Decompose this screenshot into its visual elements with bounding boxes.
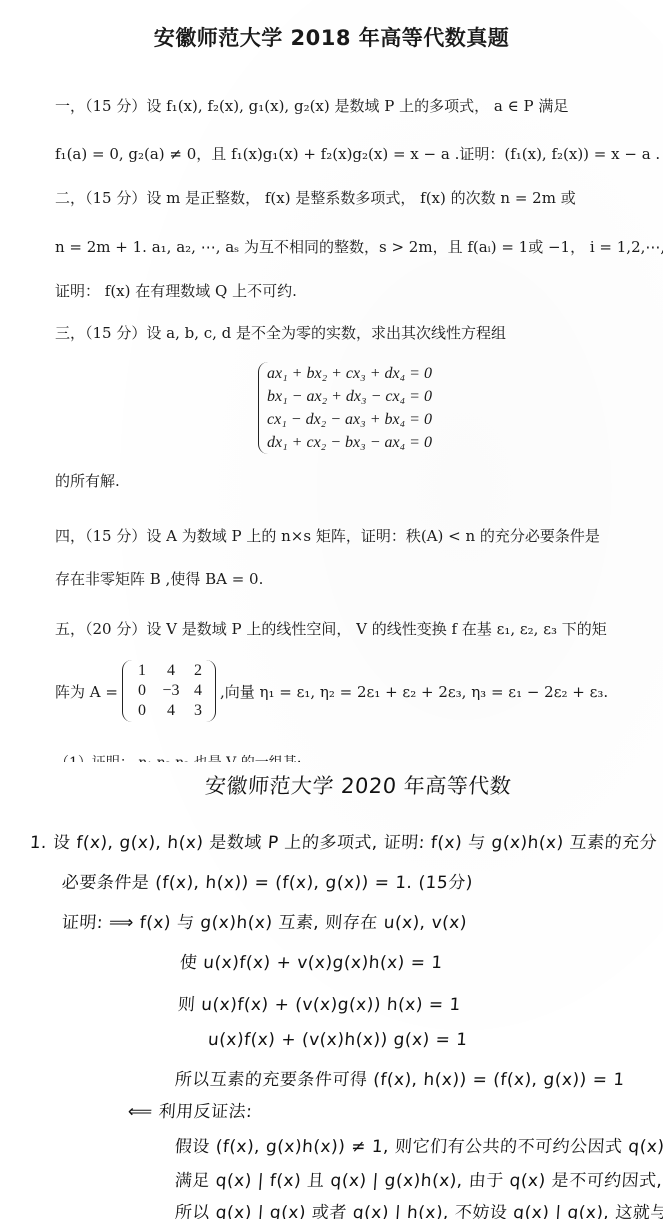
hw-line: ⟸ 利用反证法: bbox=[127, 1097, 253, 1122]
equation-row: cx₁ − dx₂ − ax₃ + bx₄ = 0 bbox=[267, 408, 432, 431]
q2-line2: n = 2m + 1. a₁, a₂, ⋯, aₛ 为互不相同的整数，s > 2… bbox=[55, 236, 623, 258]
handwritten-title: 安徽师范大学 2020 年高等代数 bbox=[204, 770, 512, 800]
hw-line: 必要条件是 (f(x), h(x)) = (f(x), g(x)) = 1. (… bbox=[61, 868, 474, 893]
equation-row: bx₁ − ax₂ + dx₃ − cx₄ = 0 bbox=[267, 385, 432, 408]
matrix-cell: 0 bbox=[129, 682, 155, 700]
matrix-cell: 2 bbox=[187, 662, 209, 680]
matrix-cell: 4 bbox=[187, 682, 209, 700]
q1-line1: 一，（15 分）设 f₁(x), f₂(x), g₁(x), g₂(x) 是数域… bbox=[55, 95, 623, 117]
hw-line: 证明: ⟹ f(x) 与 g(x)h(x) 互素, 则存在 u(x), v(x) bbox=[61, 908, 468, 933]
q2-line1: 二，（15 分）设 m 是正整数， f(x) 是整系数多项式， f(x) 的次数… bbox=[55, 187, 623, 209]
q3-line1: 三，（15 分）设 a, b, c, d 是不全为零的实数，求出其次线性方程组 bbox=[55, 322, 623, 344]
q4-line1: 四，（15 分）设 A 为数域 P 上的 n×s 矩阵，证明：秩(A) < n … bbox=[55, 525, 623, 547]
q1-line2: f₁(a) = 0, g₂(a) ≠ 0，且 f₁(x)g₁(x) + f₂(x… bbox=[55, 143, 623, 165]
printed-title: 安徽师范大学 2018 年高等代数真题 bbox=[0, 22, 663, 52]
hw-line: 所以 q(x) | g(x) 或者 q(x) | h(x), 不妨设 q(x) … bbox=[174, 1198, 663, 1219]
q5-line1: 五，（20 分）设 V 是数域 P 上的线性空间， V 的线性变换 f 在基 ε… bbox=[55, 618, 623, 640]
hw-line: 所以互素的充要条件可得 (f(x), h(x)) = (f(x), g(x)) … bbox=[174, 1065, 626, 1090]
q5-sub1-cut: （1）证明： η₁ η₂ η₃ 也是 V 的一组基; bbox=[55, 752, 301, 762]
hw-line: 满足 q(x) | f(x) 且 q(x) | g(x)h(x), 由于 q(x… bbox=[174, 1166, 663, 1191]
equation-row: ax₁ + bx₂ + cx₃ + dx₄ = 0 bbox=[267, 362, 432, 385]
matrix-cell: 4 bbox=[155, 662, 187, 680]
matrix-cell: 4 bbox=[155, 702, 187, 720]
q5-matrix-line: 阵为 A = 1 4 2 0 −3 4 0 4 3 ,向量 η₁ = ε₁, η… bbox=[55, 660, 608, 722]
matrix-suffix: ,向量 η₁ = ε₁, η₂ = 2ε₁ + ε₂ + 2ε₃, η₃ = ε… bbox=[220, 681, 608, 702]
matrix-cell: 1 bbox=[129, 662, 155, 680]
matrix-cell: 3 bbox=[187, 702, 209, 720]
equation-system: ax₁ + bx₂ + cx₃ + dx₄ = 0 bx₁ − ax₂ + dx… bbox=[258, 362, 432, 454]
matrix-A: 1 4 2 0 −3 4 0 4 3 bbox=[122, 660, 216, 722]
hw-line: 假设 (f(x), g(x)h(x)) ≠ 1, 则它们有公共的不可约公因式 q… bbox=[174, 1132, 663, 1157]
matrix-cell: 0 bbox=[129, 702, 155, 720]
hw-line: 则 u(x)f(x) + (v(x)g(x)) h(x) = 1 bbox=[177, 990, 462, 1015]
hw-line: u(x)f(x) + (v(x)h(x)) g(x) = 1 bbox=[207, 1030, 468, 1050]
hw-line: 使 u(x)f(x) + v(x)g(x)h(x) = 1 bbox=[179, 948, 444, 973]
matrix-cell: −3 bbox=[155, 682, 187, 700]
q4-line2: 存在非零矩阵 B ,使得 BA = 0. bbox=[55, 568, 623, 590]
q3-line2: 的所有解. bbox=[55, 470, 623, 492]
hw-line: 1. 设 f(x), g(x), h(x) 是数域 P 上的多项式, 证明: f… bbox=[29, 828, 658, 853]
q2-line3: 证明： f(x) 在有理数域 Q 上不可约. bbox=[55, 280, 623, 302]
equation-row: dx₁ + cx₂ − bx₃ − ax₄ = 0 bbox=[267, 431, 432, 454]
exam-page: 安徽师范大学 2018 年高等代数真题 一，（15 分）设 f₁(x), f₂(… bbox=[0, 0, 663, 1219]
matrix-prefix: 阵为 A = bbox=[55, 681, 118, 702]
